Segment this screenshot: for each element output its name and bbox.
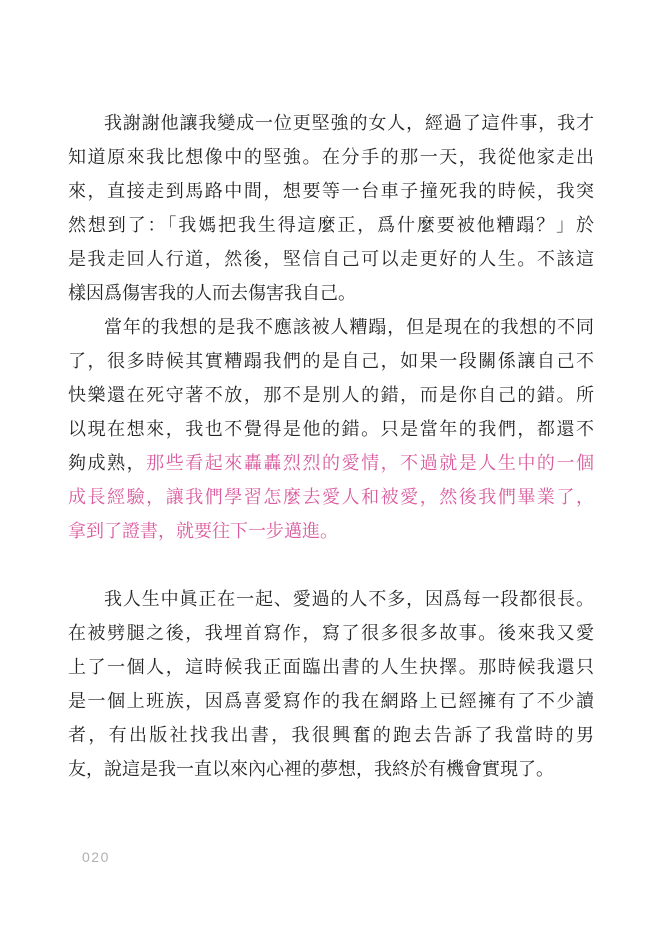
body-text: 上了一個人，這時候我正面臨出書的人生抉擇。那時候我還只 — [68, 657, 594, 677]
highlighted-text: 成長經驗，讓我們學習怎麼去愛人和被愛，然後我們畢業了， — [68, 487, 594, 507]
text-line: 友，說這是我一直以來內心裡的夢想，我終於有機會實現了。 — [68, 752, 594, 786]
highlighted-text: 那些看起來轟轟烈烈的愛情，不過就是人生中的一個 — [146, 453, 594, 473]
text-line: 上了一個人，這時候我正面臨出書的人生抉擇。那時候我還只 — [68, 650, 594, 684]
body-text: 知道原來我比想像中的堅強。在分手的那一天，我從他家走出 — [68, 147, 594, 167]
body-text: 當年的我想的是我不應該被人糟蹋，但是現在的我想的不同 — [104, 317, 594, 337]
page-body: 我謝謝他讓我變成一位更堅強的女人，經過了這件事，我才知道原來我比想像中的堅強。在… — [68, 106, 594, 786]
body-text: 來，直接走到馬路中間，想要等一台車子撞死我的時候，我突 — [68, 181, 594, 201]
text-line: 以現在想來，我也不覺得是他的錯。只是當年的我們，都還不 — [68, 412, 594, 446]
paragraph: 我謝謝他讓我變成一位更堅強的女人，經過了這件事，我才知道原來我比想像中的堅強。在… — [68, 106, 594, 310]
text-line: 然想到了：「我媽把我生得這麼正，爲什麼要被他糟蹋？」於 — [68, 208, 594, 242]
paragraph: 我人生中眞正在一起、愛過的人不多，因爲每一段都很長。在被劈腿之後，我埋首寫作，寫… — [68, 582, 594, 786]
body-text: 在被劈腿之後，我埋首寫作，寫了很多很多故事。後來我又愛 — [68, 623, 594, 643]
body-text: 者，有出版社找我出書，我很興奮的跑去告訴了我當時的男 — [68, 725, 594, 745]
text-line: 拿到了證書，就要往下一步邁進。 — [68, 514, 594, 548]
text-line: 者，有出版社找我出書，我很興奮的跑去告訴了我當時的男 — [68, 718, 594, 752]
body-text: 然想到了：「我媽把我生得這麼正，爲什麼要被他糟蹋？」於 — [68, 215, 594, 235]
text-line: 樣因爲傷害我的人而去傷害我自己。 — [68, 276, 594, 310]
text-line: 在被劈腿之後，我埋首寫作，寫了很多很多故事。後來我又愛 — [68, 616, 594, 650]
body-text: 以現在想來，我也不覺得是他的錯。只是當年的我們，都還不 — [68, 419, 594, 439]
page-number: 020 — [82, 849, 110, 865]
body-text: 夠成熟， — [68, 453, 146, 473]
text-line: 知道原來我比想像中的堅強。在分手的那一天，我從他家走出 — [68, 140, 594, 174]
paragraph: 當年的我想的是我不應該被人糟蹋，但是現在的我想的不同了，很多時候其實糟蹋我們的是… — [68, 310, 594, 548]
text-line: 夠成熟，那些看起來轟轟烈烈的愛情，不過就是人生中的一個 — [68, 446, 594, 480]
text-line: 是我走回人行道，然後，堅信自己可以走更好的人生。不該這 — [68, 242, 594, 276]
text-line: 當年的我想的是我不應該被人糟蹋，但是現在的我想的不同 — [68, 310, 594, 344]
body-text: 我謝謝他讓我變成一位更堅強的女人，經過了這件事，我才 — [104, 113, 594, 133]
body-text: 是一個上班族，因爲喜愛寫作的我在網路上已經擁有了不少讀 — [68, 691, 594, 711]
body-text: 是我走回人行道，然後，堅信自己可以走更好的人生。不該這 — [68, 249, 594, 269]
document-page: 我謝謝他讓我變成一位更堅強的女人，經過了這件事，我才知道原來我比想像中的堅強。在… — [0, 0, 663, 932]
body-text: 快樂還在死守著不放，那不是別人的錯，而是你自己的錯。所 — [68, 385, 594, 405]
body-text: 樣因爲傷害我的人而去傷害我自己。 — [68, 283, 356, 303]
text-line: 我謝謝他讓我變成一位更堅強的女人，經過了這件事，我才 — [68, 106, 594, 140]
text-line: 我人生中眞正在一起、愛過的人不多，因爲每一段都很長。 — [68, 582, 594, 616]
text-line: 來，直接走到馬路中間，想要等一台車子撞死我的時候，我突 — [68, 174, 594, 208]
text-line: 是一個上班族，因爲喜愛寫作的我在網路上已經擁有了不少讀 — [68, 684, 594, 718]
body-text: 友，說這是我一直以來內心裡的夢想，我終於有機會實現了。 — [68, 759, 554, 779]
text-line: 成長經驗，讓我們學習怎麼去愛人和被愛，然後我們畢業了， — [68, 480, 594, 514]
text-line: 快樂還在死守著不放，那不是別人的錯，而是你自己的錯。所 — [68, 378, 594, 412]
body-text: 我人生中眞正在一起、愛過的人不多，因爲每一段都很長。 — [104, 589, 594, 609]
body-text: 了，很多時候其實糟蹋我們的是自己，如果一段關係讓自己不 — [68, 351, 594, 371]
text-line: 了，很多時候其實糟蹋我們的是自己，如果一段關係讓自己不 — [68, 344, 594, 378]
highlighted-text: 拿到了證書，就要往下一步邁進。 — [68, 521, 338, 541]
